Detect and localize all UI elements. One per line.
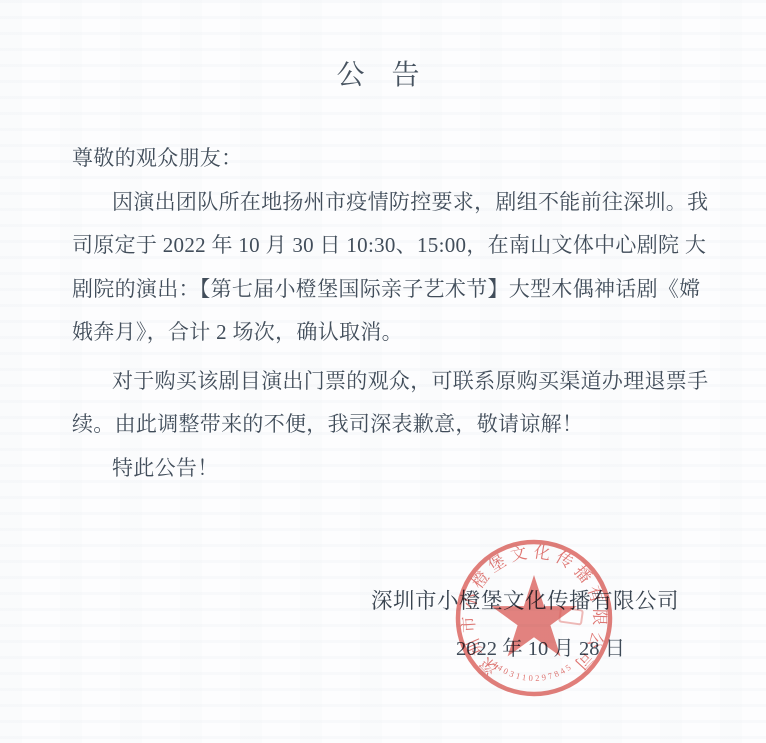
signature-company: 深圳市小橙堡文化传播有限公司 (371, 584, 679, 615)
body-line: 司原定于 2022 年 10 月 30 日 10:30、15:00，在南山文体中… (72, 224, 702, 268)
body-line: 因演出团队所在地扬州市疫情防控要求，剧组不能前往深圳。我 (72, 181, 702, 225)
signature-date: 2022 年 10 月 28 日 (456, 631, 625, 661)
greeting-line: 尊敬的观众朋友： (72, 137, 702, 181)
body-line: 续。由此调整带来的不便，我司深表歉意，敬请谅解！ (72, 403, 702, 447)
company-seal: 深圳市小橙堡文化传播有限公司 4403110297845 (452, 536, 620, 704)
seal-rim (458, 542, 610, 694)
paragraph-2: 对于购买该剧目演出门票的观众，可联系原购买渠道办理退票手 续。由此调整带来的不便… (72, 360, 702, 447)
body-line: 娥奔月》，合计 2 场次，确认取消。 (72, 311, 702, 355)
seal-serial-container: 4403110297845 (490, 658, 574, 683)
seal-serial-number: 4403110297845 (490, 658, 574, 683)
paragraph-1: 因演出团队所在地扬州市疫情防控要求，剧组不能前往深圳。我 司原定于 2022 年… (72, 181, 702, 355)
page-title: 公 告 (0, 53, 766, 93)
closing-line: 特此公告！ (72, 447, 702, 491)
document-body: 尊敬的观众朋友： 因演出团队所在地扬州市疫情防控要求，剧组不能前往深圳。我 司原… (72, 137, 702, 490)
body-line: 剧院的演出：【第七届小橙堡国际亲子艺术节】大型木偶神话剧《嫦 (72, 268, 702, 312)
body-line: 对于购买该剧目演出门票的观众，可联系原购买渠道办理退票手 (72, 360, 702, 404)
